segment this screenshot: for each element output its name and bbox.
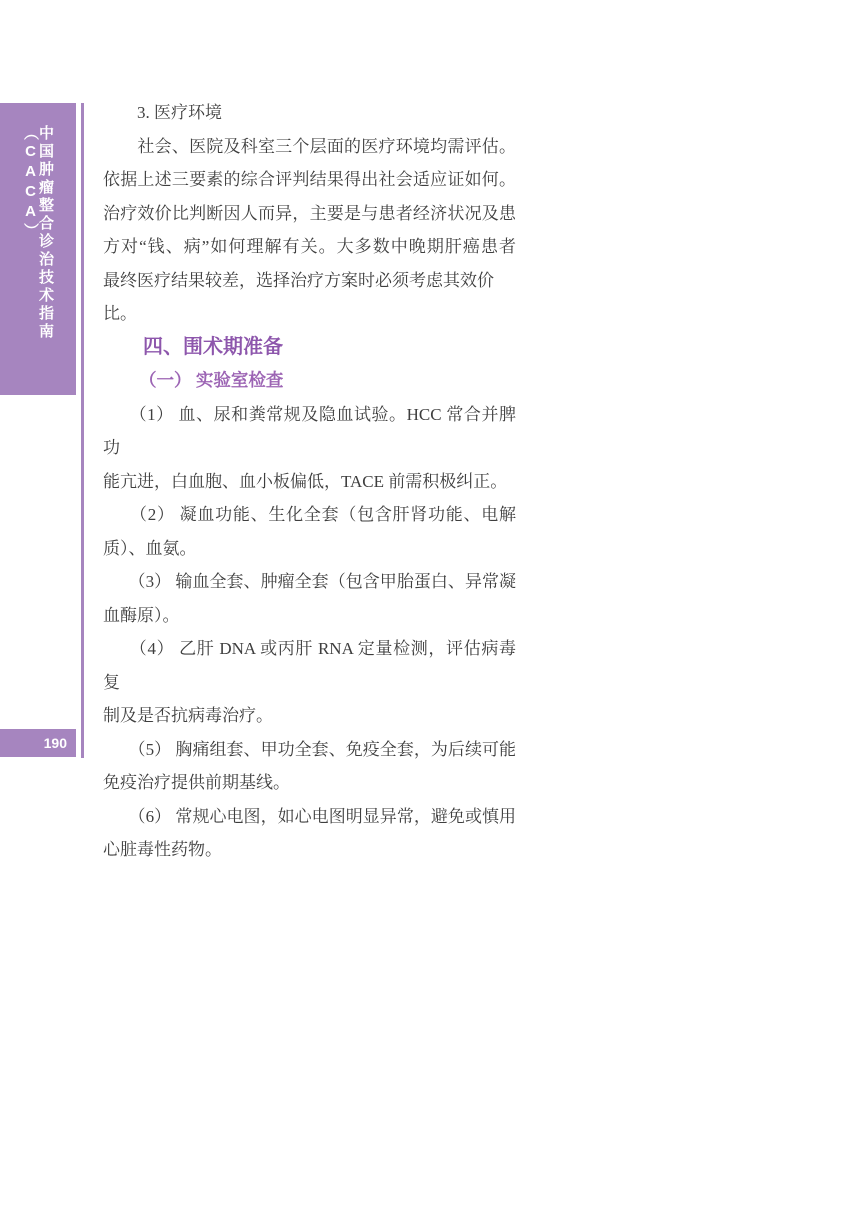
page-number-badge: 190	[0, 729, 76, 757]
text-line: （5） 胸痛组套、甲功全套、免疫全套，为后续可能	[103, 733, 516, 767]
text-line: 质）、血氨。	[103, 532, 516, 566]
text-line: 制及是否抗病毒治疗。	[103, 699, 516, 733]
text-line: 治疗效价比判断因人而异，主要是与患者经济状况及患	[103, 197, 516, 231]
vertical-divider	[81, 103, 84, 758]
text-line: 心脏毒性药物。	[103, 833, 516, 867]
text-line: 血酶原）。	[103, 599, 516, 633]
text-line: （6） 常规心电图，如心电图明显异常，避免或慎用	[103, 800, 516, 834]
sidebar-banner: 中国肿瘤整合诊治技术指南（CACA）	[0, 103, 76, 395]
text-line: 免疫治疗提供前期基线。	[103, 766, 516, 800]
text-line: （1） 血、尿和粪常规及隐血试验。HCC 常合并脾功	[103, 398, 516, 465]
text-line: （3） 输血全套、肿瘤全套（包含甲胎蛋白、异常凝	[103, 565, 516, 599]
text-line: 方对“钱、病”如何理解有关。大多数中晚期肝癌患者	[103, 230, 516, 264]
sidebar-banner-title: 中国肿瘤整合诊治技术指南（CACA）	[23, 125, 53, 395]
text-line: 社会、医院及科室三个层面的医疗环境均需评估。	[103, 130, 516, 164]
page-number: 190	[44, 735, 67, 751]
content-area: 3. 医疗环境 社会、医院及科室三个层面的医疗环境均需评估。依据上述三要素的综合…	[103, 96, 516, 867]
text-line: 最终医疗结果较差，选择治疗方案时必须考虑其效价比。	[103, 264, 516, 331]
text-line: 依据上述三要素的综合评判结果得出社会适应证如何。	[103, 163, 516, 197]
section-heading: 四、围术期准备	[103, 331, 516, 365]
text-line: （2） 凝血功能、生化全套（包含肝肾功能、电解	[103, 498, 516, 532]
text-line: （4） 乙肝 DNA 或丙肝 RNA 定量检测，评估病毒复	[103, 632, 516, 699]
subsection-heading: （一） 实验室检查	[103, 364, 516, 398]
text-line: 3. 医疗环境	[103, 96, 516, 130]
book-page: 中国肿瘤整合诊治技术指南（CACA） 190 3. 医疗环境 社会、医院及科室三…	[0, 0, 867, 1218]
text-line: 能亢进，白血胞、血小板偏低，TACE 前需积极纠正。	[103, 465, 516, 499]
